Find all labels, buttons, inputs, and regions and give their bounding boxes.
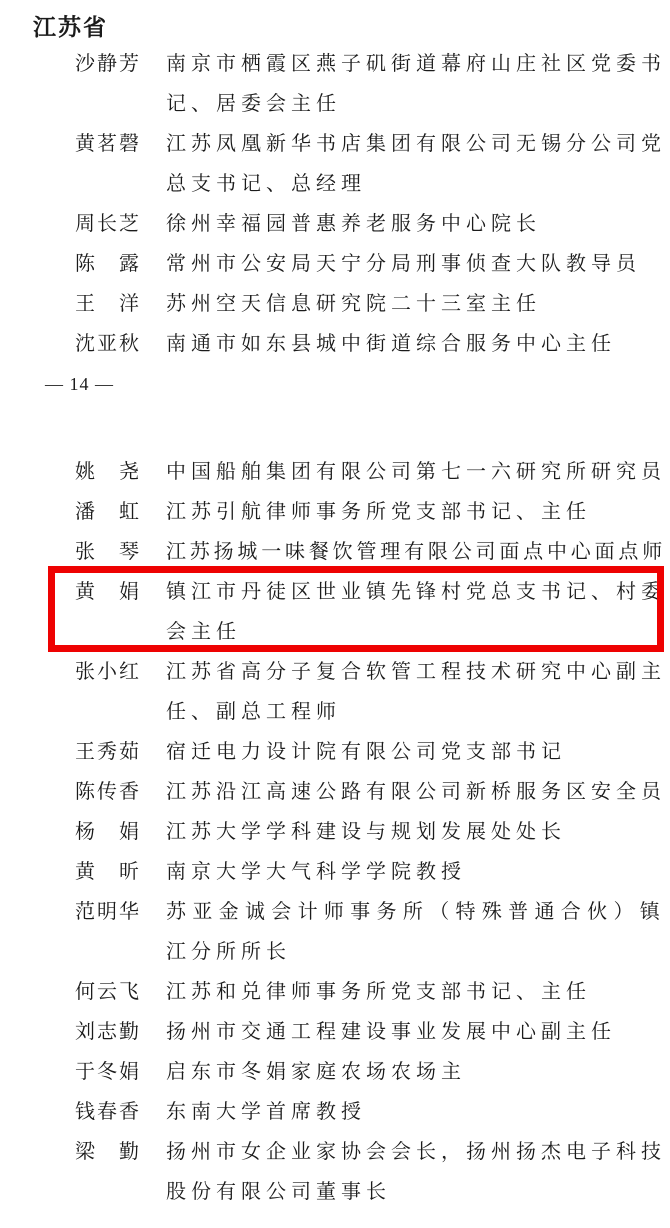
entry-row: 王洋 苏州空天信息研究院二十三室主任 <box>0 284 670 324</box>
name-char: 陈 <box>75 244 95 284</box>
entry-title-line: 启东市冬娟家庭农场农场主 <box>166 1052 670 1092</box>
name-char: 王 <box>75 732 95 772</box>
name-char: 周 <box>75 204 95 244</box>
entry-name: 黄娟 <box>75 572 139 612</box>
entry-title-line: 宿迁电力设计院有限公司党支部书记 <box>166 732 670 772</box>
name-char: 梁 <box>75 1132 95 1172</box>
entry-name: 于冬娟 <box>75 1052 139 1092</box>
entry-row: 陈露 常州市公安局天宁分局刑事侦查大队教导员 <box>0 244 670 284</box>
entry-title: 江苏沿江高速公路有限公司新桥服务区安全员 <box>166 772 670 812</box>
entry-title: 苏州空天信息研究院二十三室主任 <box>166 284 670 324</box>
entry-title: 江苏大学学科建设与规划发展处处长 <box>166 812 670 852</box>
entry-title: 江苏和兑律师事务所党支部书记、主任 <box>166 972 670 1012</box>
name-char: 飞 <box>119 972 139 1012</box>
name-char: 琴 <box>119 532 139 572</box>
name-char: 春 <box>97 1092 117 1132</box>
entry-title-line: 南通市如东县城中街道综合服务中心主任 <box>166 324 670 364</box>
name-char: 静 <box>97 44 117 84</box>
name-char: 尧 <box>119 452 139 492</box>
name-char: 娟 <box>119 1052 139 1092</box>
entry-title: 苏亚金诚会计师事务所（特殊普通合伙）镇江分所所长 <box>166 892 670 972</box>
name-char: 洋 <box>119 284 139 324</box>
entry-title: 南京大学大气科学学院教授 <box>166 852 670 892</box>
entry-title: 宿迁电力设计院有限公司党支部书记 <box>166 732 670 772</box>
entry-name: 王秀茹 <box>75 732 139 772</box>
entry-title-line: 股份有限公司董事长 <box>166 1172 670 1212</box>
name-char: 芝 <box>119 204 139 244</box>
name-char: 云 <box>97 972 117 1012</box>
entry-title: 江苏凤凰新华书店集团有限公司无锡分公司党总支书记、总经理 <box>166 124 670 204</box>
name-char: 何 <box>75 972 95 1012</box>
entry-row: 沙静芳 南京市栖霞区燕子矶街道幕府山庄社区党委书记、居委会主任 <box>0 44 670 124</box>
name-char: 于 <box>75 1052 95 1092</box>
entry-title-line: 任、副总工程师 <box>166 692 670 732</box>
entry-title-line: 常州市公安局天宁分局刑事侦查大队教导员 <box>166 244 670 284</box>
entry-title: 常州市公安局天宁分局刑事侦查大队教导员 <box>166 244 670 284</box>
province-header: 江苏省 <box>33 0 670 44</box>
page1-entry-list: 沙静芳 南京市栖霞区燕子矶街道幕府山庄社区党委书记、居委会主任 黄茗磬 江苏凤凰… <box>0 44 670 364</box>
name-char: 香 <box>119 1092 139 1132</box>
name-char: 勤 <box>119 1012 139 1052</box>
name-char: 虹 <box>119 492 139 532</box>
entry-title-line: 江分所所长 <box>166 932 670 972</box>
name-char: 传 <box>97 772 117 812</box>
entry-title-line: 苏州空天信息研究院二十三室主任 <box>166 284 670 324</box>
document-page: { "page": { "province_header": "江苏省", "p… <box>0 0 670 1228</box>
entry-title-line: 江苏凤凰新华书店集团有限公司无锡分公司党 <box>166 124 670 164</box>
entry-title-line: 江苏沿江高速公路有限公司新桥服务区安全员 <box>166 772 670 812</box>
entry-title-line: 江苏扬城一味餐饮管理有限公司面点中心面点师 <box>166 532 670 572</box>
name-char: 茗 <box>97 124 117 164</box>
name-char: 磬 <box>119 124 139 164</box>
name-char: 长 <box>97 204 117 244</box>
name-char: 黄 <box>75 572 95 612</box>
name-char: 红 <box>119 652 139 692</box>
name-char: 勤 <box>119 1132 139 1172</box>
entry-name: 黄昕 <box>75 852 139 892</box>
entry-title-line: 总支书记、总经理 <box>166 164 670 204</box>
entry-title-line: 会主任 <box>166 612 670 652</box>
entry-title-line: 镇江市丹徒区世业镇先锋村党总支书记、村委 <box>166 572 670 612</box>
entry-row: 于冬娟 启东市冬娟家庭农场农场主 <box>0 1052 670 1092</box>
entry-name: 刘志勤 <box>75 1012 139 1052</box>
name-char: 王 <box>75 284 95 324</box>
entry-row: 黄茗磬 江苏凤凰新华书店集团有限公司无锡分公司党总支书记、总经理 <box>0 124 670 204</box>
entry-row: 黄昕 南京大学大气科学学院教授 <box>0 852 670 892</box>
name-char: 秀 <box>97 732 117 772</box>
entry-title: 徐州幸福园普惠养老服务中心院长 <box>166 204 670 244</box>
entry-name: 杨娟 <box>75 812 139 852</box>
entry-title-line: 东南大学首席教授 <box>166 1092 670 1132</box>
name-char: 娟 <box>119 572 139 612</box>
entry-title-line: 扬州市女企业家协会会长，扬州扬杰电子科技 <box>166 1132 670 1172</box>
entry-row: 姚尧 中国船舶集团有限公司第七一六研究所研究员 <box>0 452 670 492</box>
name-char: 茹 <box>119 732 139 772</box>
entry-title: 扬州市交通工程建设事业发展中心副主任 <box>166 1012 670 1052</box>
entry-title: 江苏省高分子复合软管工程技术研究中心副主任、副总工程师 <box>166 652 670 732</box>
name-char: 芳 <box>119 44 139 84</box>
entry-title: 东南大学首席教授 <box>166 1092 670 1132</box>
entry-title-line: 江苏大学学科建设与规划发展处处长 <box>166 812 670 852</box>
entry-name: 张琴 <box>75 532 139 572</box>
entry-row: 梁勤 扬州市女企业家协会会长，扬州扬杰电子科技股份有限公司董事长 <box>0 1132 670 1212</box>
entry-name: 王洋 <box>75 284 139 324</box>
name-char: 杨 <box>75 812 95 852</box>
entry-title: 镇江市丹徒区世业镇先锋村党总支书记、村委会主任 <box>166 572 670 652</box>
name-char: 娟 <box>119 812 139 852</box>
entry-title-line: 江苏和兑律师事务所党支部书记、主任 <box>166 972 670 1012</box>
entry-title-line: 南京大学大气科学学院教授 <box>166 852 670 892</box>
name-char: 黄 <box>75 852 95 892</box>
entry-row: 王秀茹 宿迁电力设计院有限公司党支部书记 <box>0 732 670 772</box>
name-char: 小 <box>97 652 117 692</box>
entry-name: 何云飞 <box>75 972 139 1012</box>
entry-title: 江苏扬城一味餐饮管理有限公司面点中心面点师 <box>166 532 670 572</box>
entry-row: 张琴 江苏扬城一味餐饮管理有限公司面点中心面点师 <box>0 532 670 572</box>
page2-entry-list: 姚尧 中国船舶集团有限公司第七一六研究所研究员 潘虹 江苏引航律师事务所党支部书… <box>0 452 670 1212</box>
name-char: 黄 <box>75 124 95 164</box>
entry-name: 潘虹 <box>75 492 139 532</box>
entry-row: 陈传香 江苏沿江高速公路有限公司新桥服务区安全员 <box>0 772 670 812</box>
entry-row-highlighted: 黄娟 镇江市丹徒区世业镇先锋村党总支书记、村委会主任 <box>0 572 670 652</box>
entry-name: 周长芝 <box>75 204 139 244</box>
entry-title-line: 江苏省高分子复合软管工程技术研究中心副主 <box>166 652 670 692</box>
entry-row: 何云飞 江苏和兑律师事务所党支部书记、主任 <box>0 972 670 1012</box>
name-char: 潘 <box>75 492 95 532</box>
name-char: 明 <box>97 892 117 932</box>
name-char: 亚 <box>97 324 117 364</box>
page-number: — 14 — <box>45 364 670 404</box>
entry-row: 张小红 江苏省高分子复合软管工程技术研究中心副主任、副总工程师 <box>0 652 670 732</box>
name-char: 沈 <box>75 324 95 364</box>
entry-row: 沈亚秋 南通市如东县城中街道综合服务中心主任 <box>0 324 670 364</box>
entry-title-line: 苏亚金诚会计师事务所（特殊普通合伙）镇 <box>166 892 670 932</box>
name-char: 香 <box>119 772 139 812</box>
entry-title: 启东市冬娟家庭农场农场主 <box>166 1052 670 1092</box>
entry-title-line: 中国船舶集团有限公司第七一六研究所研究员 <box>166 452 670 492</box>
entry-row: 潘虹 江苏引航律师事务所党支部书记、主任 <box>0 492 670 532</box>
entry-row: 钱春香 东南大学首席教授 <box>0 1092 670 1132</box>
entry-name: 沈亚秋 <box>75 324 139 364</box>
entry-name: 陈传香 <box>75 772 139 812</box>
entry-title-line: 徐州幸福园普惠养老服务中心院长 <box>166 204 670 244</box>
name-char: 范 <box>75 892 95 932</box>
name-char: 露 <box>119 244 139 284</box>
entry-name: 梁勤 <box>75 1132 139 1172</box>
entry-name: 黄茗磬 <box>75 124 139 164</box>
entry-row: 周长芝 徐州幸福园普惠养老服务中心院长 <box>0 204 670 244</box>
entry-name: 陈露 <box>75 244 139 284</box>
name-char: 冬 <box>97 1052 117 1092</box>
entry-title: 中国船舶集团有限公司第七一六研究所研究员 <box>166 452 670 492</box>
entry-title-line: 记、居委会主任 <box>166 84 670 124</box>
name-char: 刘 <box>75 1012 95 1052</box>
entry-name: 张小红 <box>75 652 139 692</box>
entry-name: 钱春香 <box>75 1092 139 1132</box>
entry-title: 南通市如东县城中街道综合服务中心主任 <box>166 324 670 364</box>
name-char: 张 <box>75 532 95 572</box>
entry-title-line: 江苏引航律师事务所党支部书记、主任 <box>166 492 670 532</box>
entry-name: 姚尧 <box>75 452 139 492</box>
name-char: 秋 <box>119 324 139 364</box>
name-char: 志 <box>97 1012 117 1052</box>
entry-name: 沙静芳 <box>75 44 139 84</box>
entry-title: 南京市栖霞区燕子矶街道幕府山庄社区党委书记、居委会主任 <box>166 44 670 124</box>
name-char: 华 <box>119 892 139 932</box>
name-char: 张 <box>75 652 95 692</box>
name-char: 昕 <box>119 852 139 892</box>
name-char: 陈 <box>75 772 95 812</box>
name-char: 沙 <box>75 44 95 84</box>
entry-title-line: 南京市栖霞区燕子矶街道幕府山庄社区党委书 <box>166 44 670 84</box>
entry-title: 江苏引航律师事务所党支部书记、主任 <box>166 492 670 532</box>
entry-row: 刘志勤 扬州市交通工程建设事业发展中心副主任 <box>0 1012 670 1052</box>
entry-row: 杨娟 江苏大学学科建设与规划发展处处长 <box>0 812 670 852</box>
entry-row: 范明华 苏亚金诚会计师事务所（特殊普通合伙）镇江分所所长 <box>0 892 670 972</box>
entry-title-line: 扬州市交通工程建设事业发展中心副主任 <box>166 1012 670 1052</box>
entry-name: 范明华 <box>75 892 139 932</box>
name-char: 钱 <box>75 1092 95 1132</box>
entry-title: 扬州市女企业家协会会长，扬州扬杰电子科技股份有限公司董事长 <box>166 1132 670 1212</box>
name-char: 姚 <box>75 452 95 492</box>
